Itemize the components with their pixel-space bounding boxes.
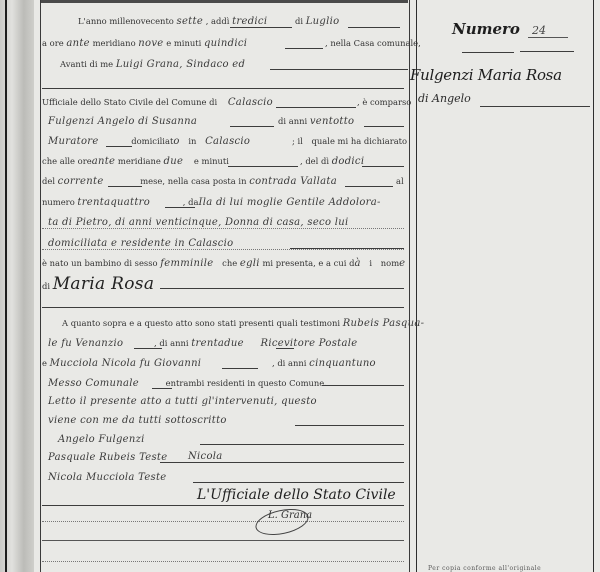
officer-signature: L. Grana: [268, 510, 312, 521]
signature-witness-1: Pasquale Rubeis Teste: [48, 452, 167, 463]
signature-declarant: Angelo Fulgenzi: [58, 434, 145, 445]
margin-parent: di Angelo: [418, 92, 471, 105]
line-number: numero trentaquattro , daIla di lui mogl…: [42, 197, 381, 208]
hw-year: sette: [177, 16, 204, 27]
line-officer: Ufficiale dello Stato Civile del Comune …: [42, 97, 273, 108]
line-hour: a ore ante meridiano nove e minuti quind…: [42, 38, 247, 49]
line-month: di Luglio: [295, 16, 339, 27]
line-witness-1: le fu Venanzio , di anni trentadue Ricev…: [48, 338, 357, 349]
line-domicile: Muratore domiciliato in Calascio: [48, 136, 250, 147]
line-witness-2: e Mucciola Nicola fu Giovanni: [42, 358, 201, 369]
hw-month: Luglio: [306, 16, 340, 27]
margin-name: Fulgenzi Maria Rosa: [410, 66, 562, 84]
binding-edge: [5, 0, 7, 572]
line-witnesses: A quanto sopra e a questo atto sono stat…: [62, 318, 424, 329]
margin-panel: [416, 0, 594, 572]
register-number-value: 24: [532, 24, 546, 37]
line-declarant: Fulgenzi Angelo di Susanna: [48, 116, 197, 127]
line-child-name: di Maria Rosa: [42, 274, 154, 294]
line-birth-time: che alle oreante meridiane due e minuti: [42, 156, 229, 167]
signature-mark: Nicola: [188, 451, 223, 462]
officer-title: L'Ufficiale dello Stato Civile: [197, 487, 396, 503]
line-child-sex: è nato un bambino di sesso femminile che…: [42, 258, 405, 269]
line-house: del corrente mese, nella casa posta in c…: [42, 176, 337, 187]
line-closing-2: viene con me da tutti sottoscritto: [48, 415, 227, 426]
register-number-label: Numero: [452, 20, 520, 38]
line-mother: ta di Pietro, di anni venticinque, Donna…: [48, 217, 348, 228]
line-witness-2-role: Messo Comunale entrambi residenti in que…: [48, 378, 327, 389]
footer-print: Per copia conforme all'originale: [428, 565, 541, 572]
line-closing-1: Letto il presente atto a tutti gl'interv…: [48, 396, 317, 407]
hw-day: tredici: [232, 16, 267, 27]
signature-witness-2: Nicola Mucciola Teste: [48, 472, 167, 483]
child-name: Maria Rosa: [53, 274, 155, 294]
line-before-me: Avanti di me Luigi Grana, Sindaco ed: [60, 59, 245, 70]
line-mother-residence: domiciliata e residente in Calascio: [48, 238, 233, 249]
line-year: L'anno millenovecento sette , addì tredi…: [78, 16, 267, 27]
